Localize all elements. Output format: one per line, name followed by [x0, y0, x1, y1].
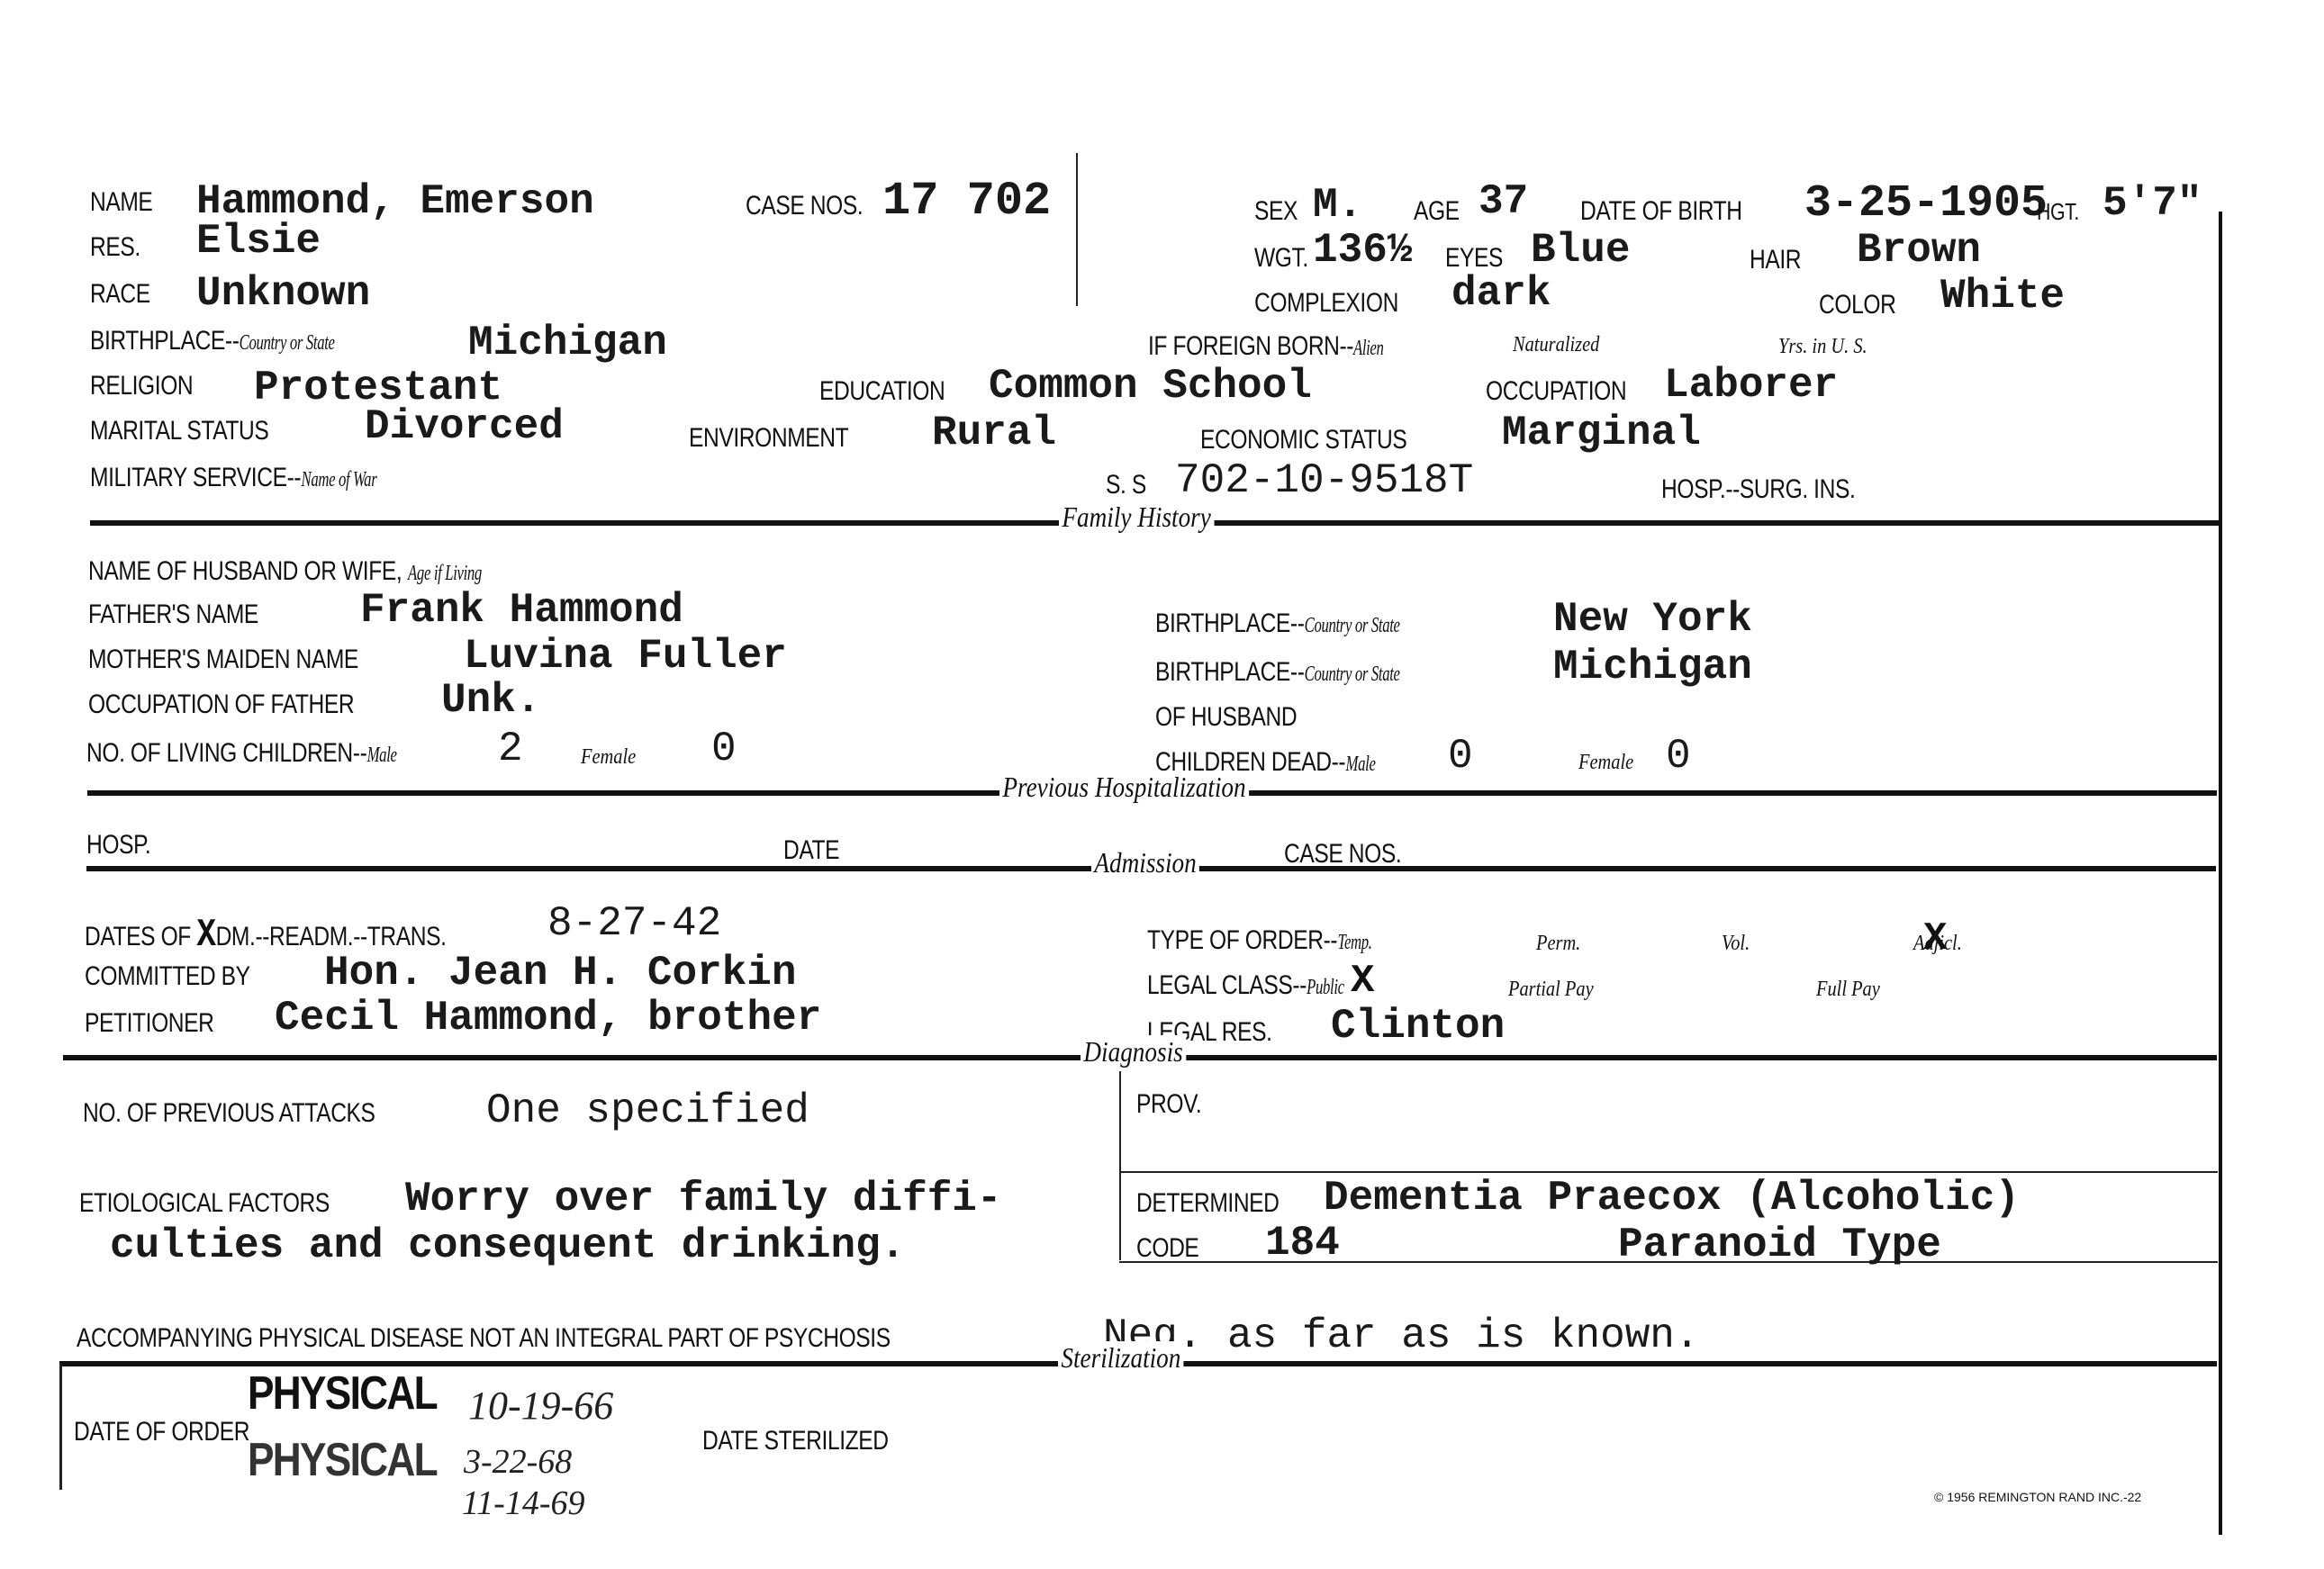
eyes-label: EYES: [1445, 243, 1503, 274]
diagnosis-box-divider: [1119, 1171, 2218, 1173]
code-type-value: Paranoid Type: [1618, 1222, 1941, 1268]
admission-x-mark: X: [196, 913, 215, 958]
father-name-value: Frank Hammond: [360, 587, 683, 634]
spouse-label: NAME OF HUSBAND OR WIFE, Age if Living: [88, 556, 494, 587]
age-value: 37: [1478, 178, 1528, 225]
determined-label: DETERMINED: [1136, 1188, 1280, 1219]
family-history-heading: Family History: [1059, 500, 1214, 534]
legal-class-x-mark: X: [1351, 959, 1374, 1004]
father-birthplace-value: New York: [1553, 596, 1752, 643]
birthplace-label: BIRTHPLACE--Country or State: [90, 326, 351, 356]
birthplace-value: Michigan: [468, 320, 667, 366]
ss-label: S. S: [1106, 470, 1146, 500]
height-value: 5'7": [2102, 180, 2202, 227]
code-value: 184: [1265, 1220, 1340, 1267]
color-label: COLOR: [1819, 290, 1895, 320]
weight-label: WGT.: [1254, 243, 1308, 274]
type-of-order-label: TYPE OF ORDER--Temp.: [1147, 925, 1378, 956]
marital-status-label: MARITAL STATUS: [90, 416, 268, 446]
sterilization-heading: Sterilization: [1058, 1341, 1184, 1375]
etiological-factors-line2: culties and consequent drinking.: [110, 1222, 905, 1269]
hosp-surg-ins-label: HOSP.--SURG. INS.: [1661, 474, 1855, 505]
father-name-label: FATHER'S NAME: [88, 600, 258, 630]
mother-birthplace-value: Michigan: [1553, 644, 1752, 690]
diagnosis-heading: Diagnosis: [1081, 1035, 1186, 1069]
determined-value: Dementia Praecox (Alcoholic): [1324, 1175, 2020, 1222]
prev-date-label: DATE: [783, 835, 839, 866]
header-divider: [1076, 153, 1078, 306]
foreign-born-label: IF FOREIGN BORN--Alien: [1148, 331, 1389, 362]
father-occupation-label: OCCUPATION OF FATHER: [88, 690, 354, 720]
physical-disease-label: ACCOMPANYING PHYSICAL DISEASE NOT AN INT…: [77, 1323, 891, 1354]
physical-disease-value: Neg. as far as is known.: [1103, 1312, 1700, 1359]
case-nos-value: 17 702: [882, 175, 1051, 228]
prev-hosp-label: HOSP.: [86, 830, 150, 861]
children-dead-male: 0: [1448, 733, 1473, 780]
physical-stamp-2: PHYSICAL: [248, 1433, 437, 1487]
weight-value: 136½: [1313, 227, 1412, 274]
mother-name-value: Luvina Fuller: [464, 633, 787, 680]
race-label: RACE: [90, 279, 150, 310]
complexion-value: dark: [1451, 270, 1551, 317]
previous-attacks-value: One specified: [486, 1087, 809, 1134]
father-occupation-value: Unk.: [441, 677, 540, 724]
environment-value: Rural: [932, 410, 1056, 456]
date-sterilized-label: DATE STERILIZED: [702, 1426, 889, 1456]
complexion-label: COMPLEXION: [1254, 288, 1398, 319]
legal-class-label: LEGAL CLASS--Public: [1147, 970, 1351, 1001]
previous-hospitalization-heading: Previous Hospitalization: [999, 771, 1249, 804]
years-in-us-label: Yrs. in U. S.: [1778, 335, 1867, 359]
living-children-female-label: Female: [581, 745, 636, 770]
admission-heading: Admission: [1091, 846, 1199, 879]
physical-stamp-1: PHYSICAL: [248, 1366, 437, 1420]
type-of-order-vol: Vol.: [1722, 932, 1750, 956]
living-children-female: 0: [711, 726, 737, 772]
name-label: NAME: [90, 187, 152, 218]
res-value: Elsie: [196, 218, 321, 265]
dob-label: DATE OF BIRTH: [1580, 196, 1742, 227]
naturalized-label: Naturalized: [1513, 333, 1599, 357]
occupation-label: OCCUPATION: [1486, 376, 1626, 407]
ss-value: 702-10-9518T: [1175, 457, 1473, 504]
environment-label: ENVIRONMENT: [689, 423, 848, 454]
father-birthplace-label: BIRTHPLACE--Country or State: [1155, 609, 1416, 639]
sterilization-left-bracket: [59, 1364, 62, 1490]
prev-case-nos-label: CASE NOS.: [1284, 839, 1401, 870]
diagnosis-box-left-border: [1119, 1071, 1121, 1260]
economic-status-value: Marginal: [1502, 410, 1701, 456]
occupation-value: Laborer: [1664, 362, 1838, 409]
religion-label: RELIGION: [90, 371, 193, 401]
legal-res-value: Clinton: [1331, 1003, 1505, 1050]
etiological-factors-line1: Worry over family diffi-: [405, 1176, 1002, 1222]
eyes-value: Blue: [1531, 227, 1630, 274]
of-husband-label: OF HUSBAND: [1155, 702, 1297, 733]
dob-value: 3-25-1905: [1804, 178, 2048, 230]
color-value: White: [1940, 273, 2065, 320]
hair-value: Brown: [1857, 227, 1981, 274]
marital-status-value: Divorced: [365, 403, 564, 450]
case-nos-label: CASE NOS.: [746, 191, 863, 221]
type-of-order-perm: Perm.: [1536, 932, 1580, 956]
type-of-order-x-mark: X: [1923, 916, 1947, 961]
education-label: EDUCATION: [819, 376, 945, 407]
card-right-border: [2219, 212, 2222, 1535]
economic-status-label: ECONOMIC STATUS: [1200, 425, 1406, 455]
legal-class-full-pay: Full Pay: [1816, 978, 1880, 1002]
copyright-footer: © 1956 REMINGTON RAND INC.-22: [1934, 1490, 2141, 1504]
prov-label: PROV.: [1136, 1089, 1201, 1120]
sex-label: SEX: [1254, 196, 1298, 227]
military-service-label: MILITARY SERVICE--Name of War: [90, 463, 390, 493]
children-dead-female-label: Female: [1578, 751, 1633, 775]
living-children-label: NO. OF LIVING CHILDREN--Male: [86, 738, 402, 769]
hair-label: HAIR: [1750, 245, 1801, 275]
height-label: HGT.: [2037, 198, 2079, 226]
sex-value: M.: [1313, 182, 1362, 229]
petitioner-label: PETITIONER: [85, 1008, 214, 1039]
previous-attacks-label: NO. OF PREVIOUS ATTACKS: [83, 1098, 375, 1129]
date-of-order-label: DATE OF ORDER: [74, 1417, 249, 1447]
petitioner-value: Cecil Hammond, brother: [275, 995, 821, 1041]
education-value: Common School: [989, 363, 1312, 410]
physical-date-2: 3-22-68: [464, 1442, 572, 1482]
etiological-factors-label: ETIOLOGICAL FACTORS: [79, 1188, 330, 1219]
children-dead-female: 0: [1666, 733, 1691, 780]
dates-of-admission-value: 8-27-42: [547, 900, 721, 947]
mother-birthplace-label: BIRTHPLACE--Country or State: [1155, 657, 1416, 688]
mother-name-label: MOTHER'S MAIDEN NAME: [88, 645, 358, 675]
physical-date-3: 11-14-69: [462, 1483, 585, 1523]
committed-by-value: Hon. Jean H. Corkin: [324, 950, 797, 996]
physical-date-1: 10-19-66: [468, 1383, 613, 1429]
res-label: RES.: [90, 232, 140, 263]
code-label: CODE: [1136, 1233, 1198, 1264]
living-children-male: 2: [498, 726, 523, 772]
race-value: Unknown: [196, 270, 370, 317]
committed-by-label: COMMITTED BY: [85, 961, 250, 992]
age-label: AGE: [1414, 196, 1460, 227]
legal-class-partial-pay: Partial Pay: [1508, 978, 1594, 1002]
